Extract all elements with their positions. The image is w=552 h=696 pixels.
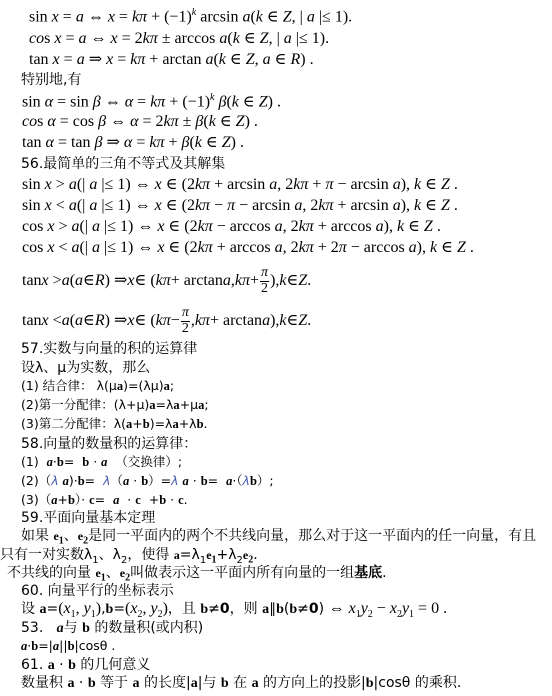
trig-eq-sin: sin x = a ⇔ x = kπ + (−1)k arcsin a(k ∈ …	[29, 8, 352, 25]
text: 设	[21, 601, 35, 617]
section-57-rule-1: (1) 结合律： λ(μa)=(λμ)a;	[21, 380, 174, 393]
section-58-rule-3: (3)（a+b）· c= a · c +b · c.	[21, 494, 188, 507]
text: 不共线的向量	[7, 565, 91, 581]
text: 的方向上的投影	[263, 675, 361, 691]
section-61-title: 61. a · b 的几何意义	[21, 658, 150, 673]
rule-label: (2)第一分配律：	[21, 397, 114, 412]
text: 数量积	[21, 675, 63, 691]
section-59-line-2: 只有一对实数λ1、λ2，使得 a=λ1e1+λ2e2.	[0, 548, 258, 566]
text: 与	[202, 675, 216, 691]
ineq-tan-lt: tan x < a(a ∈ R) ⇒ x ∈ (kπ −π2, kπ + arc…	[22, 300, 311, 342]
text: 53.	[21, 620, 43, 636]
text: 与	[64, 620, 78, 636]
text: 等于	[100, 675, 128, 691]
text: 的乘积.	[415, 675, 461, 691]
section-58-rule-1: (1) a·b= b · a （交换律）;	[21, 456, 182, 469]
ineq-tan-gt: tan x > a(a ∈ R) ⇒ x ∈ (kπ + arctan a, k…	[22, 260, 311, 302]
rule-label: (3)第二分配律：	[21, 416, 114, 431]
ineq-cos-gt: cos x > a(| a |≤ 1) ⇔ x ∈ (2kπ − arccos …	[22, 219, 441, 235]
text: ，则	[230, 601, 258, 617]
text: .	[382, 565, 386, 581]
special-case-tan: tan α = tan β ⇒ α = kπ + β(k ∈ Z) .	[22, 135, 244, 151]
section-59-line-3: 不共线的向量 e1、e2叫做表示这一平面内所有向量的一组基底.	[7, 566, 387, 583]
commutative-note: （交换律）;	[115, 454, 182, 469]
section-58-rule-2: (2)（λ a)·b= λ（a · b）=λ a · b= a·（λb）;	[21, 475, 274, 488]
section-57-title: 57.实数与向量的积的运算律	[21, 342, 197, 356]
text: 如果	[21, 528, 49, 544]
fraction-pi-over-2: π2	[181, 306, 190, 336]
section-53-title: 53. a与 b 的数量积(或内积)	[21, 621, 203, 636]
text: 的几何意义	[80, 657, 150, 673]
special-case-sin: sin α = sin β ⇔ α = kπ + (−1)k β(k ∈ Z) …	[22, 93, 281, 110]
section-56-title: 56.最简单的三角不等式及其解集	[21, 157, 225, 171]
section-61-description: 数量积 a · b 等于 a 的长度|a|与 b 在 a 的方向上的投影|b|c…	[21, 676, 461, 691]
trig-eq-tan: tan x = a ⇒ x = kπ + arctan a(k ∈ Z, a ∈…	[29, 52, 314, 68]
text: ，使得	[127, 547, 169, 563]
section-58-title: 58.向量的数量积的运算律：	[21, 437, 197, 451]
section-57-rule-3: (3)第二分配律：λ(a+b)=λa+λb.	[21, 418, 208, 431]
text: 的数量积(或内积)	[94, 620, 203, 636]
text: 只有一对实数	[0, 547, 84, 563]
text: 61.	[21, 657, 43, 673]
text: 是同一平面内的两个不共线向量，那么对于这一平面内的任一向量，有且	[88, 528, 536, 544]
special-case-heading: 特别地,有	[21, 73, 81, 87]
text: 在	[233, 675, 247, 691]
section-57-intro: 设λ、μ为实数，那么	[21, 361, 150, 375]
ineq-cos-lt: cos x < a(| a |≤ 1) ⇔ x ∈ (2kπ + arccos …	[22, 240, 474, 256]
ineq-sin-lt: sin x < a(| a |≤ 1) ⇔ x ∈ (2kπ − π − arc…	[22, 198, 458, 214]
basis-term: 基底	[354, 565, 382, 581]
text: ，且	[168, 601, 196, 617]
section-53-formula: a·b=|a||b|cosθ .	[21, 640, 115, 653]
rule-label: (1) 结合律：	[21, 378, 93, 393]
fraction-pi-over-2: π2	[260, 266, 269, 296]
trig-eq-cos: cos x = a ⇔ x = 2kπ ± arccos a(k ∈ Z, | …	[29, 31, 329, 47]
ineq-sin-gt: sin x > a(| a |≤ 1) ⇔ x ∈ (2kπ + arcsin …	[22, 177, 458, 193]
section-57-rule-2: (2)第一分配律：(λ+μ)a=λa+μa;	[21, 399, 209, 412]
special-case-cos: cos α = cos β ⇔ α = 2kπ ± β(k ∈ Z) .	[22, 114, 258, 130]
section-60-statement: 设 a=(x1, y1),b=(x2, y2)，且 b≠0，则 a∥b(b≠0)…	[21, 601, 447, 620]
section-59-line-1: 如果 e1、e2是同一平面内的两个不共线向量，那么对于这一平面内的任一向量，有且	[21, 529, 536, 546]
section-59-title: 59.平面向量基本定理	[21, 511, 155, 525]
section-60-title: 60. 向量平行的坐标表示	[21, 584, 174, 598]
text: 叫做表示这一平面内所有向量的一组	[130, 565, 354, 581]
text: 的长度	[144, 675, 186, 691]
